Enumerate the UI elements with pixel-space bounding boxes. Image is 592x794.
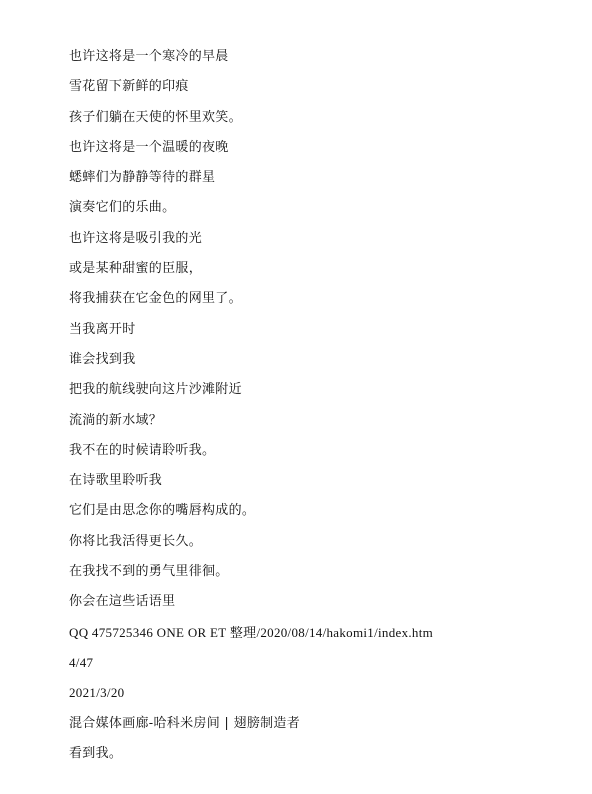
poem-line: 它们是由思念你的嘴唇构成的。 — [69, 501, 433, 531]
document-page: 也许这将是一个寒冷的早晨 雪花留下新鲜的印痕 孩子们躺在天使的怀里欢笑。 也许这… — [69, 47, 433, 774]
site-title: 混合媒体画廊-哈科米房间 | 翅膀制造者 — [69, 714, 433, 744]
poem-line: 把我的航线驶向这片沙滩附近 — [69, 380, 433, 410]
footer-source: QQ 475725346 ONE OR ET 整理/2020/08/14/hak… — [69, 623, 433, 653]
poem-line: 当我离开时 — [69, 320, 433, 350]
footer-date: 2021/3/20 — [69, 683, 433, 713]
poem-line: 在诗歌里聆听我 — [69, 471, 433, 501]
poem-line: 蟋蟀们为静静等待的群星 — [69, 168, 433, 198]
closing-line: 看到我。 — [69, 744, 433, 774]
poem-line: 或是某种甜蜜的臣服， — [69, 259, 433, 289]
page-number: 4/47 — [69, 653, 433, 683]
poem-line: 雪花留下新鲜的印痕 — [69, 77, 433, 107]
poem-line: 演奏它们的乐曲。 — [69, 198, 433, 228]
poem-line: 你将比我活得更长久。 — [69, 532, 433, 562]
poem-line: 也许这将是一个温暖的夜晚 — [69, 138, 433, 168]
poem-line: 也许这将是一个寒冷的早晨 — [69, 47, 433, 77]
poem-line: 也许这将是吸引我的光 — [69, 229, 433, 259]
poem-line: 孩子们躺在天使的怀里欢笑。 — [69, 108, 433, 138]
poem-line: 在我找不到的勇气里徘徊。 — [69, 562, 433, 592]
poem-line: 谁会找到我 — [69, 350, 433, 380]
poem-line: 你会在這些话语里 — [69, 592, 433, 622]
poem-line: 流淌的新水域？ — [69, 411, 433, 441]
poem-line: 将我捕获在它金色的网里了。 — [69, 289, 433, 319]
poem-line: 我不在的时候请聆听我。 — [69, 441, 433, 471]
